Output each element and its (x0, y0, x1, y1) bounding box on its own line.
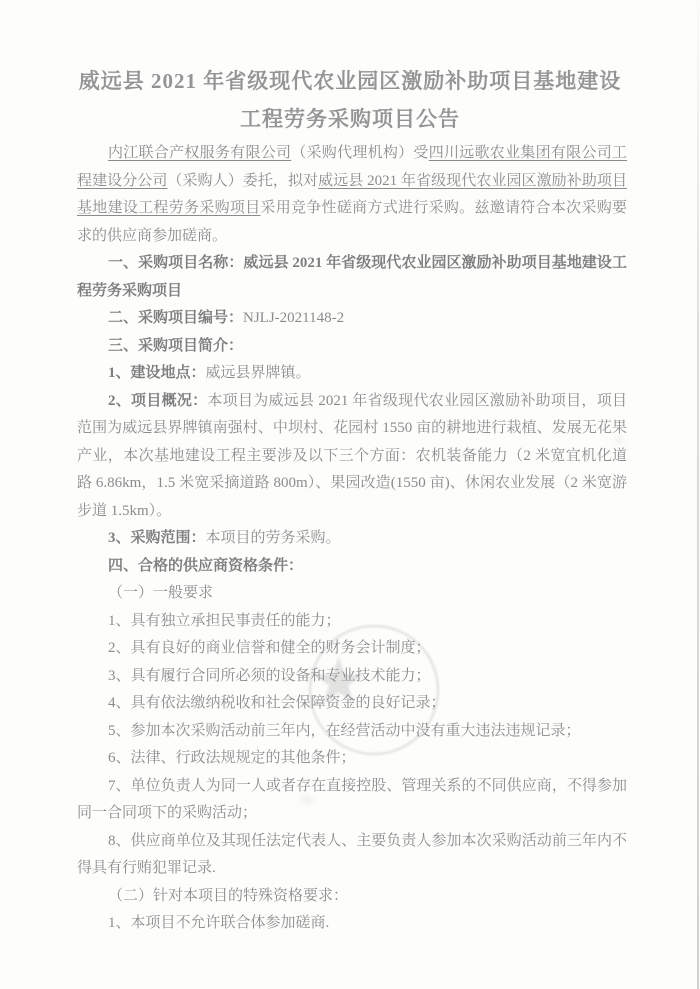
requirement-item-8: 8、供应商单位及其现任法定代表人、主要负责人参加本次采购活动前三年内不得具有行贿… (77, 828, 627, 883)
title-line-2: 工程劳务采购项目公告 (40, 100, 660, 138)
item-label: 3、采购范围： (108, 530, 206, 546)
item-text: 威远县界牌镇。 (206, 365, 311, 381)
requirement-item-4: 4、具有依法缴纳税收和社会保障资金的良好记录； (77, 690, 627, 718)
item-label: 2、项目概况： (108, 393, 207, 409)
item-project-overview: 2、项目概况：本项目为威远县 2021 年省级现代农业园区激励补助项目，项目范围… (77, 388, 627, 526)
requirement-item-5: 5、参加本次采购活动前三年内，在经营活动中没有重大违法违规记录； (77, 718, 627, 746)
section-4-label: 四、合格的供应商资格条件： (108, 558, 303, 574)
section-2-project-number: 二、采购项目编号：NJLJ-2021148-2 (77, 305, 627, 333)
special-requirement-item-1: 1、本项目不允许联合体参加磋商. (77, 910, 627, 938)
requirement-item-2: 2、具有良好的商业信誉和健全的财务会计制度； (77, 635, 627, 663)
section-2-label: 二、采购项目编号： (108, 310, 243, 326)
title-line-1: 威远县 2021 年省级现代农业园区激励补助项目基地建设 (40, 62, 660, 100)
scanned-document-page: ★ 威远县 2021 年省级现代农业园区激励补助项目基地建设工程劳务采购项目公告… (0, 0, 700, 989)
item-text: 本项目为威远县 2021 年省级现代农业园区激励补助项目，项目范围为威远县界牌镇… (77, 393, 627, 519)
page-right-edge-shadow (697, 0, 699, 989)
item-label: 1、建设地点： (108, 365, 206, 381)
special-requirements-header: （二）针对本项目的特殊资格要求： (77, 883, 627, 911)
section-1-label: 一、采购项目名称： (108, 255, 243, 271)
section-1-project-name: 一、采购项目名称：威远县 2021 年省级现代农业园区激励补助项目基地建设工程劳… (77, 250, 627, 305)
section-4-header: 四、合格的供应商资格条件： (77, 553, 627, 581)
item-text: 本项目的劳务采购。 (206, 530, 341, 546)
requirement-item-3: 3、具有履行合同所必须的设备和专业技术能力； (77, 663, 627, 691)
section-3-header: 三、采购项目简介： (77, 333, 627, 361)
section-3-label: 三、采购项目简介： (108, 338, 243, 354)
intro-paragraph: 内江联合产权服务有限公司（采购代理机构）受四川远歌农业集团有限公司工程建设分公司… (77, 140, 627, 250)
requirement-item-6: 6、法律、行政法规规定的其他条件； (77, 745, 627, 773)
item-construction-site: 1、建设地点：威远县界牌镇。 (77, 360, 627, 388)
section-2-value: NJLJ-2021148-2 (243, 310, 344, 326)
item-procurement-scope: 3、采购范围：本项目的劳务采购。 (77, 525, 627, 553)
procurement-agency-name: 内江联合产权服务有限公司 (108, 145, 291, 161)
requirement-item-7: 7、单位负责人为同一人或者存在直接控股、管理关系的不同供应商，不得参加同一合同项… (77, 773, 627, 828)
requirement-item-1: 1、具有独立承担民事责任的能力； (77, 608, 627, 636)
intro-text-1: （采购代理机构）受 (291, 145, 428, 161)
general-requirements-header: （一）一般要求 (77, 580, 627, 608)
document-title: 威远县 2021 年省级现代农业园区激励补助项目基地建设工程劳务采购项目公告 (40, 62, 660, 138)
document-body: 内江联合产权服务有限公司（采购代理机构）受四川远歌农业集团有限公司工程建设分公司… (77, 140, 627, 938)
intro-text-2: （采购人）委托，拟对 (167, 173, 318, 189)
